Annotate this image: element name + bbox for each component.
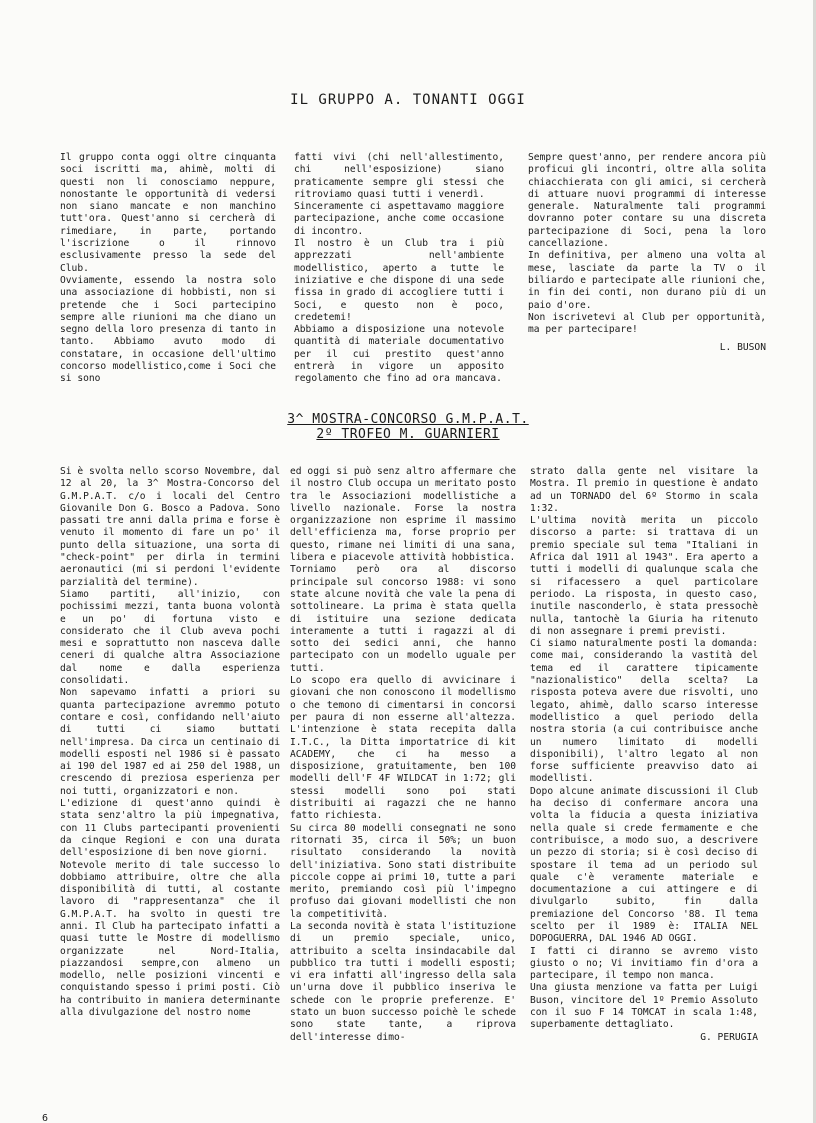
paragraph: Sinceramente ci aspettavamo maggiore par… <box>294 201 504 238</box>
paragraph: L'ultima novità merita un piccolo discor… <box>530 515 758 638</box>
paragraph: La seconda novità è stata l'istituzione … <box>290 921 516 1044</box>
paragraph: Ovviamente, essendo la nostra solo una a… <box>60 275 276 386</box>
page-number: 6 <box>42 1113 48 1123</box>
paragraph: I fatti ci diranno se avremo visto giust… <box>530 946 758 983</box>
paragraph: Siamo partiti, all'inizio, con pochissim… <box>60 589 280 687</box>
article-2-title-line-1: 3^ MOSTRA-CONCORSO G.M.P.A.T. <box>0 412 816 427</box>
article-2-column-3: strato dalla gente nel visitare la Mostr… <box>530 466 758 1044</box>
paragraph: Dopo alcune animate discussioni il Club … <box>530 786 758 946</box>
paragraph: Su circa 80 modelli consegnati ne sono r… <box>290 823 516 921</box>
paragraph: Non iscrivetevi al Club per opportunità,… <box>528 312 766 337</box>
article-1-column-3: Sempre quest'anno, per rendere ancora pi… <box>528 152 766 355</box>
paragraph: Notevole merito di tale successo lo dobb… <box>60 860 280 1020</box>
article-2-title-line-2: 2º TROFEO M. GUARNIERI <box>0 427 816 442</box>
article-1-column-2: fatti vivi (chi nell'allestimento, chi n… <box>294 152 504 386</box>
article-2-title: 3^ MOSTRA-CONCORSO G.M.P.A.T. 2º TROFEO … <box>0 412 816 442</box>
paragraph: Il nostro è un Club tra i più apprezzati… <box>294 238 504 324</box>
paragraph: Sempre quest'anno, per rendere ancora pi… <box>528 152 766 250</box>
paragraph: fatti vivi (chi nell'allestimento, chi n… <box>294 152 504 201</box>
paragraph: Il gruppo conta oggi oltre cinquanta soc… <box>60 152 276 275</box>
paragraph: Ci siamo naturalmente posti la domanda: … <box>530 638 758 786</box>
paragraph: Abbiamo a disposizione una notevole quan… <box>294 324 504 385</box>
paragraph: Lo scopo era quello di avvicinare i giov… <box>290 675 516 823</box>
article-1-title: IL GRUPPO A. TONANTI OGGI <box>0 92 816 108</box>
article-2-signature: G. PERUGIA <box>530 1032 758 1044</box>
paragraph: Si è svolta nello scorso Novembre, dal 1… <box>60 466 280 589</box>
article-2-column-1: Si è svolta nello scorso Novembre, dal 1… <box>60 466 280 1019</box>
article-1-signature: L. BUSON <box>528 342 766 354</box>
article-2-column-2: ed oggi si può senz altro affermare che … <box>290 466 516 1044</box>
paragraph: In definitiva, per almeno una volta al m… <box>528 250 766 311</box>
paragraph: ed oggi si può senz altro affermare che … <box>290 466 516 564</box>
paragraph: Non sapevamo infatti a priori su quanta … <box>60 687 280 798</box>
paragraph: Una giusta menzione va fatta per Luigi B… <box>530 982 758 1031</box>
article-1-column-1: Il gruppo conta oggi oltre cinquanta soc… <box>60 152 276 386</box>
paragraph: L'edizione di quest'anno quindi è stata … <box>60 798 280 859</box>
paragraph: Torniamo però ora al discorso principale… <box>290 564 516 675</box>
paragraph: strato dalla gente nel visitare la Mostr… <box>530 466 758 515</box>
